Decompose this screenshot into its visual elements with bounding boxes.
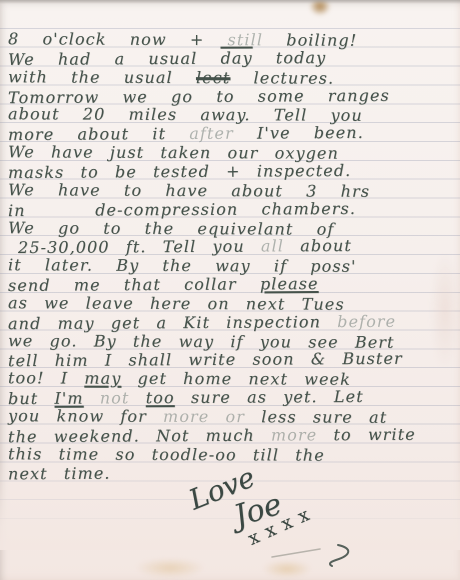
letter-line: We have to have about 3 hrs bbox=[8, 180, 370, 201]
letter-line: and may get a Kit inspection before bbox=[8, 312, 396, 333]
letter-word: all bbox=[261, 237, 284, 256]
letter-word: We go to the equivelant of bbox=[8, 218, 334, 238]
letter-word: more bbox=[271, 425, 317, 444]
letter-line: the weekend. Not much more to write bbox=[8, 425, 416, 446]
letter-line: more about it after I've been. bbox=[8, 123, 364, 144]
letter-word: and may get a Kit inspection bbox=[8, 312, 337, 333]
letter-word: send me that collar bbox=[8, 274, 260, 295]
letter-word: please bbox=[260, 274, 319, 293]
letter-line: with the usual lect lectures. bbox=[8, 67, 334, 87]
letter-line: We go to the equivelant of bbox=[8, 218, 334, 238]
letter-word: We have just taken our oxygen bbox=[8, 142, 339, 162]
letter-word: to write bbox=[317, 425, 416, 445]
letter-word: next time. bbox=[8, 463, 111, 483]
letter-word: still bbox=[228, 30, 264, 49]
letter-word: too bbox=[146, 388, 175, 407]
letter-word bbox=[129, 388, 145, 407]
letter-word: with the usual bbox=[8, 67, 196, 87]
letter-word: tell him I shall write soon & Buster bbox=[8, 349, 403, 370]
letter-word: lect bbox=[196, 68, 230, 87]
letter-word: not bbox=[100, 388, 130, 407]
scan-edge bbox=[0, 0, 460, 4]
letter-word: after bbox=[189, 124, 234, 143]
letter-word: day bbox=[221, 48, 253, 67]
letter-line: but I'm not too sure as yet. Let bbox=[8, 387, 364, 408]
letter-line: this time so toodle-oo till the bbox=[8, 444, 325, 464]
letter-word: sure as yet. Let bbox=[175, 387, 364, 407]
letter-word: it later. By the way if poss' bbox=[8, 255, 357, 276]
letter-line: it later. By the way if poss' bbox=[8, 255, 357, 276]
letter-word: too! I bbox=[8, 369, 84, 388]
letter-line: 8 o'clock now + still boiling! bbox=[8, 29, 357, 50]
letter-word: 25-30,000 ft. Tell you bbox=[18, 237, 261, 257]
letter-line: 25-30,000 ft. Tell you all about bbox=[18, 236, 352, 257]
letter-word bbox=[84, 389, 100, 408]
letter-line: We had a usual day today bbox=[8, 48, 326, 69]
letter-scan: 8 o'clock now + still boiling!We had a u… bbox=[0, 0, 460, 580]
letter-word: may bbox=[84, 369, 121, 388]
letter-line: you know for more or less sure at bbox=[8, 406, 387, 427]
paper-sheet: 8 o'clock now + still boiling!We had a u… bbox=[0, 0, 460, 580]
letter-line: as we leave here on next Tues bbox=[8, 293, 345, 313]
letter-word: I'm bbox=[54, 389, 83, 408]
letter-word: before bbox=[337, 312, 396, 331]
letter-word: you know for bbox=[8, 406, 163, 426]
letter-word: today bbox=[253, 48, 327, 67]
letter-line: about 20 miles away. Tell you bbox=[8, 105, 363, 126]
letter-word: lectures. bbox=[230, 68, 334, 87]
letter-word: masks to be tested + inspected. bbox=[8, 161, 351, 182]
letter-word: We had a usual bbox=[8, 49, 221, 69]
letter-word: 8 o'clock now + bbox=[8, 29, 228, 49]
pencil-squiggle bbox=[268, 543, 360, 569]
letter-word: get home next week bbox=[121, 369, 351, 389]
letter-line: We have just taken our oxygen bbox=[8, 142, 339, 162]
letter-word: this time so toodle-oo till the bbox=[8, 444, 325, 464]
letter-word: We have to have about 3 hrs bbox=[8, 180, 370, 201]
letter-line: too! I may get home next week bbox=[8, 369, 351, 389]
letter-word: I've been. bbox=[234, 123, 364, 143]
letter-word: boiling! bbox=[263, 30, 357, 49]
letter-word: in de-compression chambers. bbox=[8, 199, 356, 220]
letter-word: more about it bbox=[8, 124, 189, 144]
letter-line: next time. bbox=[8, 463, 111, 483]
letter-word: less sure at bbox=[245, 407, 387, 427]
letter-word: as we leave here on next Tues bbox=[8, 293, 345, 313]
letter-word: about 20 miles away. Tell you bbox=[8, 105, 363, 126]
letter-word: about bbox=[284, 236, 352, 255]
letter-word: the weekend. Not much bbox=[8, 425, 271, 446]
letter-line: in de-compression chambers. bbox=[8, 199, 356, 220]
letter-line: tell him I shall write soon & Buster bbox=[8, 349, 403, 370]
letter-word: more or bbox=[163, 407, 245, 426]
letter-line: masks to be tested + inspected. bbox=[8, 161, 351, 182]
letter-line: send me that collar please bbox=[8, 274, 319, 295]
